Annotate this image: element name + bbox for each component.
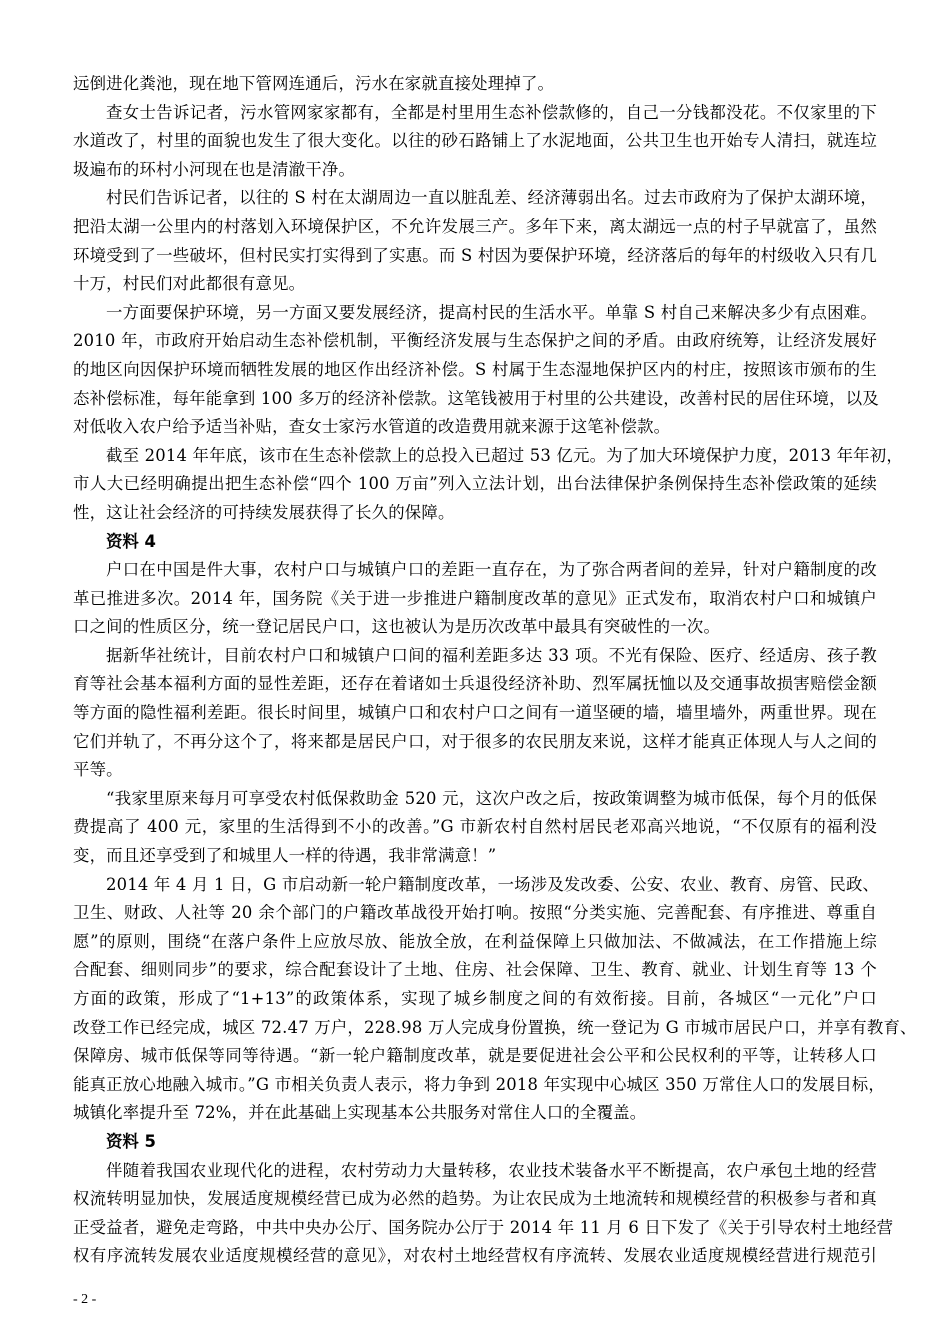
text-line: 卫生、财政、人社等 20 余个部门的户籍改革战役开始打响。按照“分类实施、完善配… [73,899,877,928]
text-line: 方面的政策，形成了“1+13”的政策体系，实现了城乡制度之间的有效衔接。目前，各… [73,985,877,1014]
paragraph-resident-quote: “我家里原来每月可享受农村低保救助金 520 元，这次户改之后，按政策调整为城市… [73,785,877,871]
text-line: 的地区向因保护环境而牺牲发展的地区作出经济补偿。S 村属于生态湿地保护区内的村庄… [73,356,877,385]
text-line: 2010 年，市政府开始启动生态补偿机制，平衡经济发展与生态保护之间的矛盾。由政… [73,327,877,356]
text-line: 保障房、城市低保等同等待遇。“新一轮户籍制度改革，就是要促进社会公平和公民权利的… [73,1042,877,1071]
paragraph-eco-compensation: 一方面要保护环境，另一方面又要发展经济，提高村民的生活水平。单靠 S 村自己来解… [73,299,877,442]
text-line: 远倒进化粪池，现在地下管网连通后，污水在家就直接处理掉了。 [73,70,877,99]
text-line: 变，而且还享受到了和城里人一样的待遇，我非常满意！” [73,842,877,871]
text-line: 权流转明显加快，发展适度规模经营已成为必然的趋势。为让农民成为土地流转和规模经营… [73,1185,877,1214]
text-line: 城镇化率提升至 72%，并在此基础上实现基本公共服务对常住人口的全覆盖。 [73,1099,877,1128]
text-line: 改登工作已经完成，城区 72.47 万户，228.98 万人完成身份置换，统一登… [73,1014,877,1043]
text-line: 截至 2014 年年底，该市在生态补偿款上的总投入已超过 53 亿元。为了加大环… [73,442,877,471]
paragraph-investment-total: 截至 2014 年年底，该市在生态补偿款上的总投入已超过 53 亿元。为了加大环… [73,442,877,528]
text-line: 态补偿标准，每年能拿到 100 多万的经济补偿款。这笔钱被用于村里的公共建设，改… [73,385,877,414]
paragraph-land-transfer: 伴随着我国农业现代化的进程，农村劳动力大量转移，农业技术装备水平不断提高，农户承… [73,1157,877,1271]
text-line: 市人大已经明确提出把生态补偿“四个 100 万亩”列入立法计划，出台法律保护条例… [73,470,877,499]
text-line: 性，这让社会经济的可持续发展获得了长久的保障。 [73,499,877,528]
text-line: 一方面要保护环境，另一方面又要发展经济，提高村民的生活水平。单靠 S 村自己来解… [73,299,877,328]
text-line: 圾遍布的环村小河现在也是清澈干净。 [73,156,877,185]
text-line: 愿”的原则，围绕“在落户条件上应放尽放、能放全放，在利益保障上只做加法、不做减法… [73,928,877,957]
text-line: 伴随着我国农业现代化的进程，农村劳动力大量转移，农业技术装备水平不断提高，农户承… [73,1157,877,1186]
paragraph-welfare-gap: 据新华社统计，目前农村户口和城镇户口间的福利差距多达 33 项。不光有保险、医疗… [73,642,877,785]
page-number: - 2 - [73,1292,96,1308]
text-line: 据新华社统计，目前农村户口和城镇户口间的福利差距多达 33 项。不光有保险、医疗… [73,642,877,671]
text-line: 它们并轨了，不再分这个了，将来都是居民户口，对于很多的农民朋友来说，这样才能真正… [73,728,877,757]
text-line: 村民们告诉记者，以往的 S 村在太湖周边一直以脏乱差、经济薄弱出名。过去市政府为… [73,184,877,213]
text-line: 查女士告诉记者，污水管网家家都有，全都是村里用生态补偿款修的，自己一分钱都没花。… [73,99,877,128]
text-line: 费提高了 400 元，家里的生活得到不小的改善。”G 市新农村自然村居民老邓高兴… [73,813,877,842]
text-line: 育等社会基本福利方面的显性差距，还存在着诸如士兵退役经济补助、烈军属抚恤以及交通… [73,670,877,699]
text-line: 对低收入农户给予适当补贴，查女士家污水管道的改造费用就来源于这笔补偿款。 [73,413,877,442]
text-line: 合配套、细则同步”的要求，综合配套设计了土地、住房、社会保障、卫生、教育、就业、… [73,956,877,985]
text-line: 户口在中国是件大事，农村户口与城镇户口的差距一直存在，为了弥合两者间的差异，针对… [73,556,877,585]
text-line: 环境受到了一些破坏，但村民实打实得到了实惠。而 S 村因为要保护环境，经济落后的… [73,242,877,271]
paragraph-villagers-complaint: 村民们告诉记者，以往的 S 村在太湖周边一直以脏乱差、经济薄弱出名。过去市政府为… [73,184,877,298]
text-line: 十万，村民们对此都很有意见。 [73,270,877,299]
text-line: 权有序流转发展农业适度规模经营的意见》，对农村土地经营权有序流转、发展农业适度规… [73,1242,877,1271]
section-heading-material-4: 资料 4 [73,528,877,557]
text-line: 口之间的性质区分，统一登记居民户口，这也被认为是历次改革中最具有突破性的一次。 [73,613,877,642]
text-line: 2014 年 4 月 1 日，G 市启动新一轮户籍制度改革，一场涉及发改委、公安… [73,871,877,900]
section-heading-material-5: 资料 5 [73,1128,877,1157]
text-line: 平等。 [73,756,877,785]
text-line: “我家里原来每月可享受农村低保救助金 520 元，这次户改之后，按政策调整为城市… [73,785,877,814]
text-line: 水道改了，村里的面貌也发生了很大变化。以往的砂石路铺上了水泥地面，公共卫生也开始… [73,127,877,156]
text-line: 能真正放心地融入城市。”G 市相关负责人表示，将力争到 2018 年实现中心城区… [73,1071,877,1100]
text-line: 正受益者，避免走弯路，中共中央办公厅、国务院办公厅于 2014 年 11 月 6… [73,1214,877,1243]
paragraph-hukou-reform: 户口在中国是件大事，农村户口与城镇户口的差距一直存在，为了弥合两者间的差异，针对… [73,556,877,642]
text-line: 把沿太湖一公里内的村落划入环境保护区，不允许发展三产。多年下来，离太湖远一点的村… [73,213,877,242]
paragraph-continuation: 远倒进化粪池，现在地下管网连通后，污水在家就直接处理掉了。 [73,70,877,99]
paragraph-sewage-network: 查女士告诉记者，污水管网家家都有，全都是村里用生态补偿款修的，自己一分钱都没花。… [73,99,877,185]
text-line: 等方面的隐性福利差距。很长时间里，城镇户口和农村户口之间有一道坚硬的墙，墙里墙外… [73,699,877,728]
paragraph-g-city-reform: 2014 年 4 月 1 日，G 市启动新一轮户籍制度改革，一场涉及发改委、公安… [73,871,877,1128]
text-line: 革已推进多次。2014 年，国务院《关于进一步推进户籍制度改革的意见》正式发布，… [73,585,877,614]
document-page: 远倒进化粪池，现在地下管网连通后，污水在家就直接处理掉了。 查女士告诉记者，污水… [73,70,877,1271]
